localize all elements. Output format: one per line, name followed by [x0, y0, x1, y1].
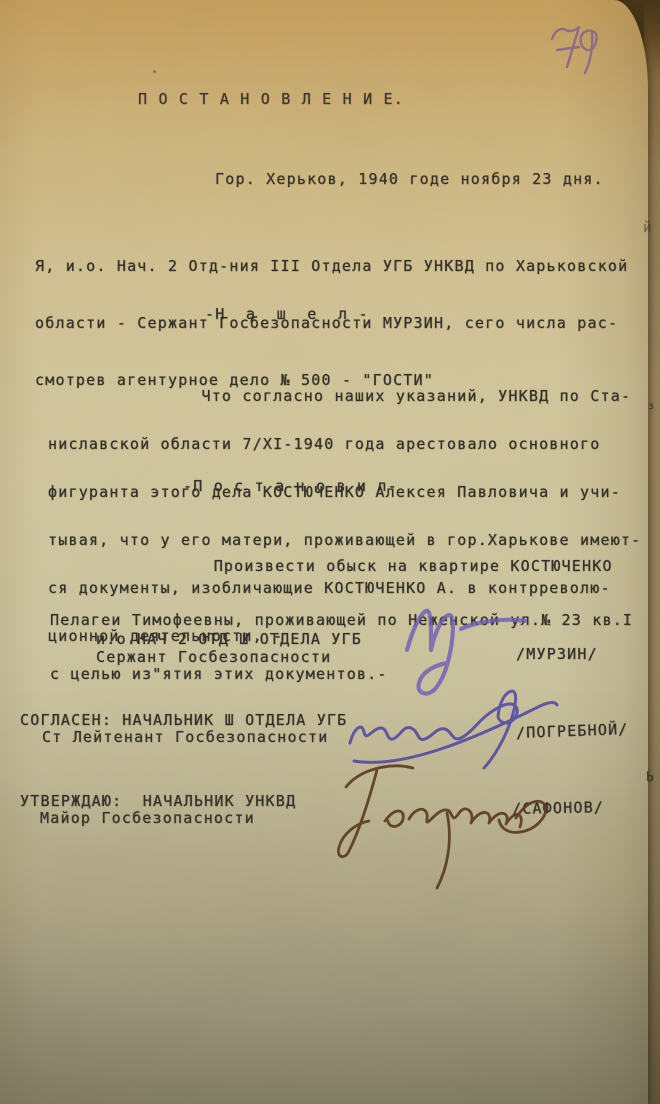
document-page: П О С Т А Н О В Л Е Н И Е. Гор. Херьков,… [0, 0, 648, 1104]
signatory-3-name: /САФОНОВ/ [512, 798, 604, 819]
signatory-2-name: /ПОГРЕБНОЙ/ [516, 720, 629, 743]
found-line: Что согласно наших указаний, УНКВД по Ст… [48, 388, 641, 404]
resolved-paragraph: Произвести обыск на квартире КОСТЮЧЕНКО … [50, 521, 633, 719]
dateline: Гор. Херьков, 1940 годе ноября 23 дня. [215, 170, 604, 189]
resolved-line: Произвести обыск на квартире КОСТЮЧЕНКО [50, 557, 633, 575]
edge-letter-fragment-cut: й [643, 220, 651, 236]
signatory-1-title-line1: и.о.НАЧ 2 ОТД Ш ОТДЕЛА УГБ [96, 630, 362, 649]
signatory-1-title-line2: Сержант Госбезопасности [96, 648, 331, 667]
signatory-1-name: /МУРЗИН/ [516, 645, 598, 664]
resolved-line: с целью из"ятия этих документов.- [50, 665, 633, 683]
ink-speck [153, 70, 156, 73]
document-title: П О С Т А Н О В Л Е Н И Е. [138, 90, 404, 109]
resolved-line: Пелагеи Тимофеевны, проживающей по Нежен… [50, 611, 633, 629]
resolved-heading: -П о с т а н о в и л- [183, 477, 398, 496]
found-line: ниславской области 7/XI-1940 года аресто… [48, 436, 641, 452]
signatory-3-title-line2: Майор Госбезопасности [40, 809, 255, 828]
found-heading: -Н а ш е л - [205, 305, 369, 324]
edge-letter-fragment-small: з [648, 401, 654, 412]
intro-line: Я, и.о. Нач. 2 Отд-ния III Отдела УГБ УН… [35, 257, 628, 276]
document-photo: Ь з й П О С Т А Н О В Л Е Н И Е. Гор. Хе… [0, 0, 660, 1104]
edge-letter-fragment: Ь [646, 770, 654, 785]
signatory-2-title-line2: Ст Лейтенант Госбезопасности [42, 728, 328, 747]
